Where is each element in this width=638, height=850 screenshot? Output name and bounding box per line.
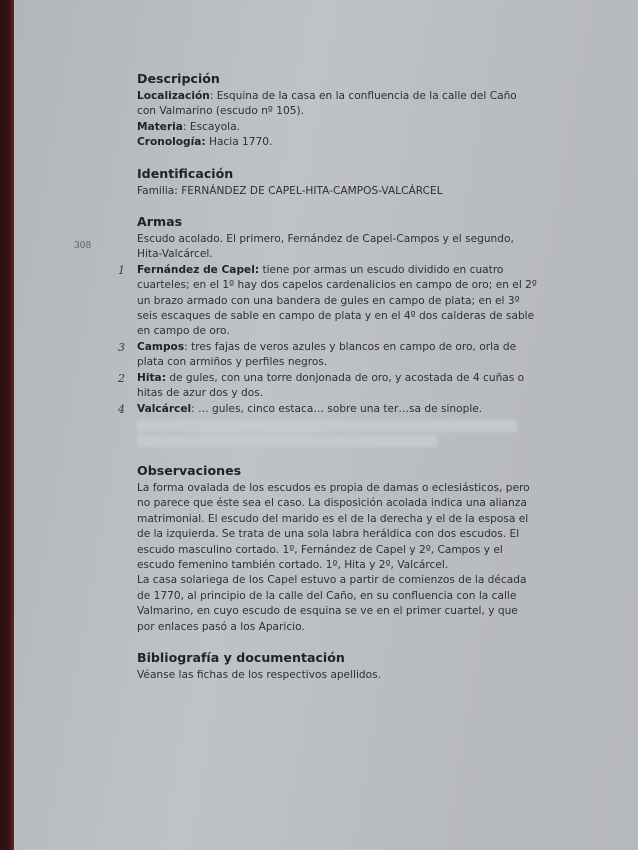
armas-item-fernandez-de-capel: 1 Fernández de Capel: tiene por armas un… [137, 263, 537, 340]
armas-intro: Escudo acolado. El primero, Fernández de… [137, 232, 537, 263]
observaciones-paragraph: La casa solariega de los Capel estuvo a … [137, 573, 537, 635]
page-content: Descripción Localización: Esquina de la … [137, 70, 537, 697]
armas-item-label: Campos [137, 341, 184, 353]
watermark-obscured-text [137, 418, 537, 448]
armas-item-label: Hita: [137, 372, 166, 384]
armas-item-hita: 2 Hita: de gules, con una torre donjonad… [137, 371, 537, 402]
localizacion-label: Localización [137, 90, 210, 102]
handwritten-mark: 3 [118, 340, 125, 355]
armas-item-campos: 3 Campos: tres fajas de veros azules y b… [137, 340, 537, 371]
armas-item-label: Fernández de Capel: [137, 264, 259, 276]
armas-item-label: Valcárcel [137, 403, 191, 415]
page-number: 308 [74, 241, 91, 251]
heading-armas: Armas [137, 213, 537, 230]
materia-label: Materia [137, 121, 183, 133]
section-armas: Armas Escudo acolado. El primero, Fernán… [137, 213, 537, 448]
section-observaciones: Observaciones La forma ovalada de los es… [137, 462, 537, 635]
heading-bibliografia: Bibliografía y documentación [137, 649, 537, 666]
handwritten-mark: 4 [118, 402, 125, 417]
handwritten-mark: 1 [118, 263, 125, 278]
book-spine [0, 0, 14, 850]
heading-identificacion: Identificación [137, 165, 537, 182]
armas-item-text: : tres fajas de veros azules y blancos e… [137, 341, 516, 368]
bibliografia-text: Véanse las fichas de los respectivos ape… [137, 668, 537, 683]
armas-item-valcarcel: 4 Valcárcel: … gules, cinco estaca… sobr… [137, 402, 537, 417]
armas-item-text: de gules, con una torre donjonada de oro… [137, 372, 524, 399]
materia-line: Materia: Escayola. [137, 120, 537, 135]
cronologia-text: Hacia 1770. [206, 136, 273, 148]
section-identificacion: Identificación Familia: FERNÁNDEZ DE CAP… [137, 165, 537, 199]
materia-text: : Escayola. [183, 121, 240, 133]
armas-item-text: : … gules, cinco estaca… sobre una ter…s… [191, 403, 482, 415]
observaciones-paragraph: La forma ovalada de los escudos es propi… [137, 481, 537, 573]
cronologia-label: Cronología: [137, 136, 206, 148]
section-descripcion: Descripción Localización: Esquina de la … [137, 70, 537, 151]
cronologia-line: Cronología: Hacia 1770. [137, 135, 537, 150]
heading-observaciones: Observaciones [137, 462, 537, 479]
familia-line: Familia: FERNÁNDEZ DE CAPEL-HITA-CAMPOS-… [137, 184, 537, 199]
heading-descripcion: Descripción [137, 70, 537, 87]
handwritten-mark: 2 [118, 371, 125, 386]
localizacion-line: Localización: Esquina de la casa en la c… [137, 89, 537, 120]
section-bibliografia: Bibliografía y documentación Véanse las … [137, 649, 537, 683]
